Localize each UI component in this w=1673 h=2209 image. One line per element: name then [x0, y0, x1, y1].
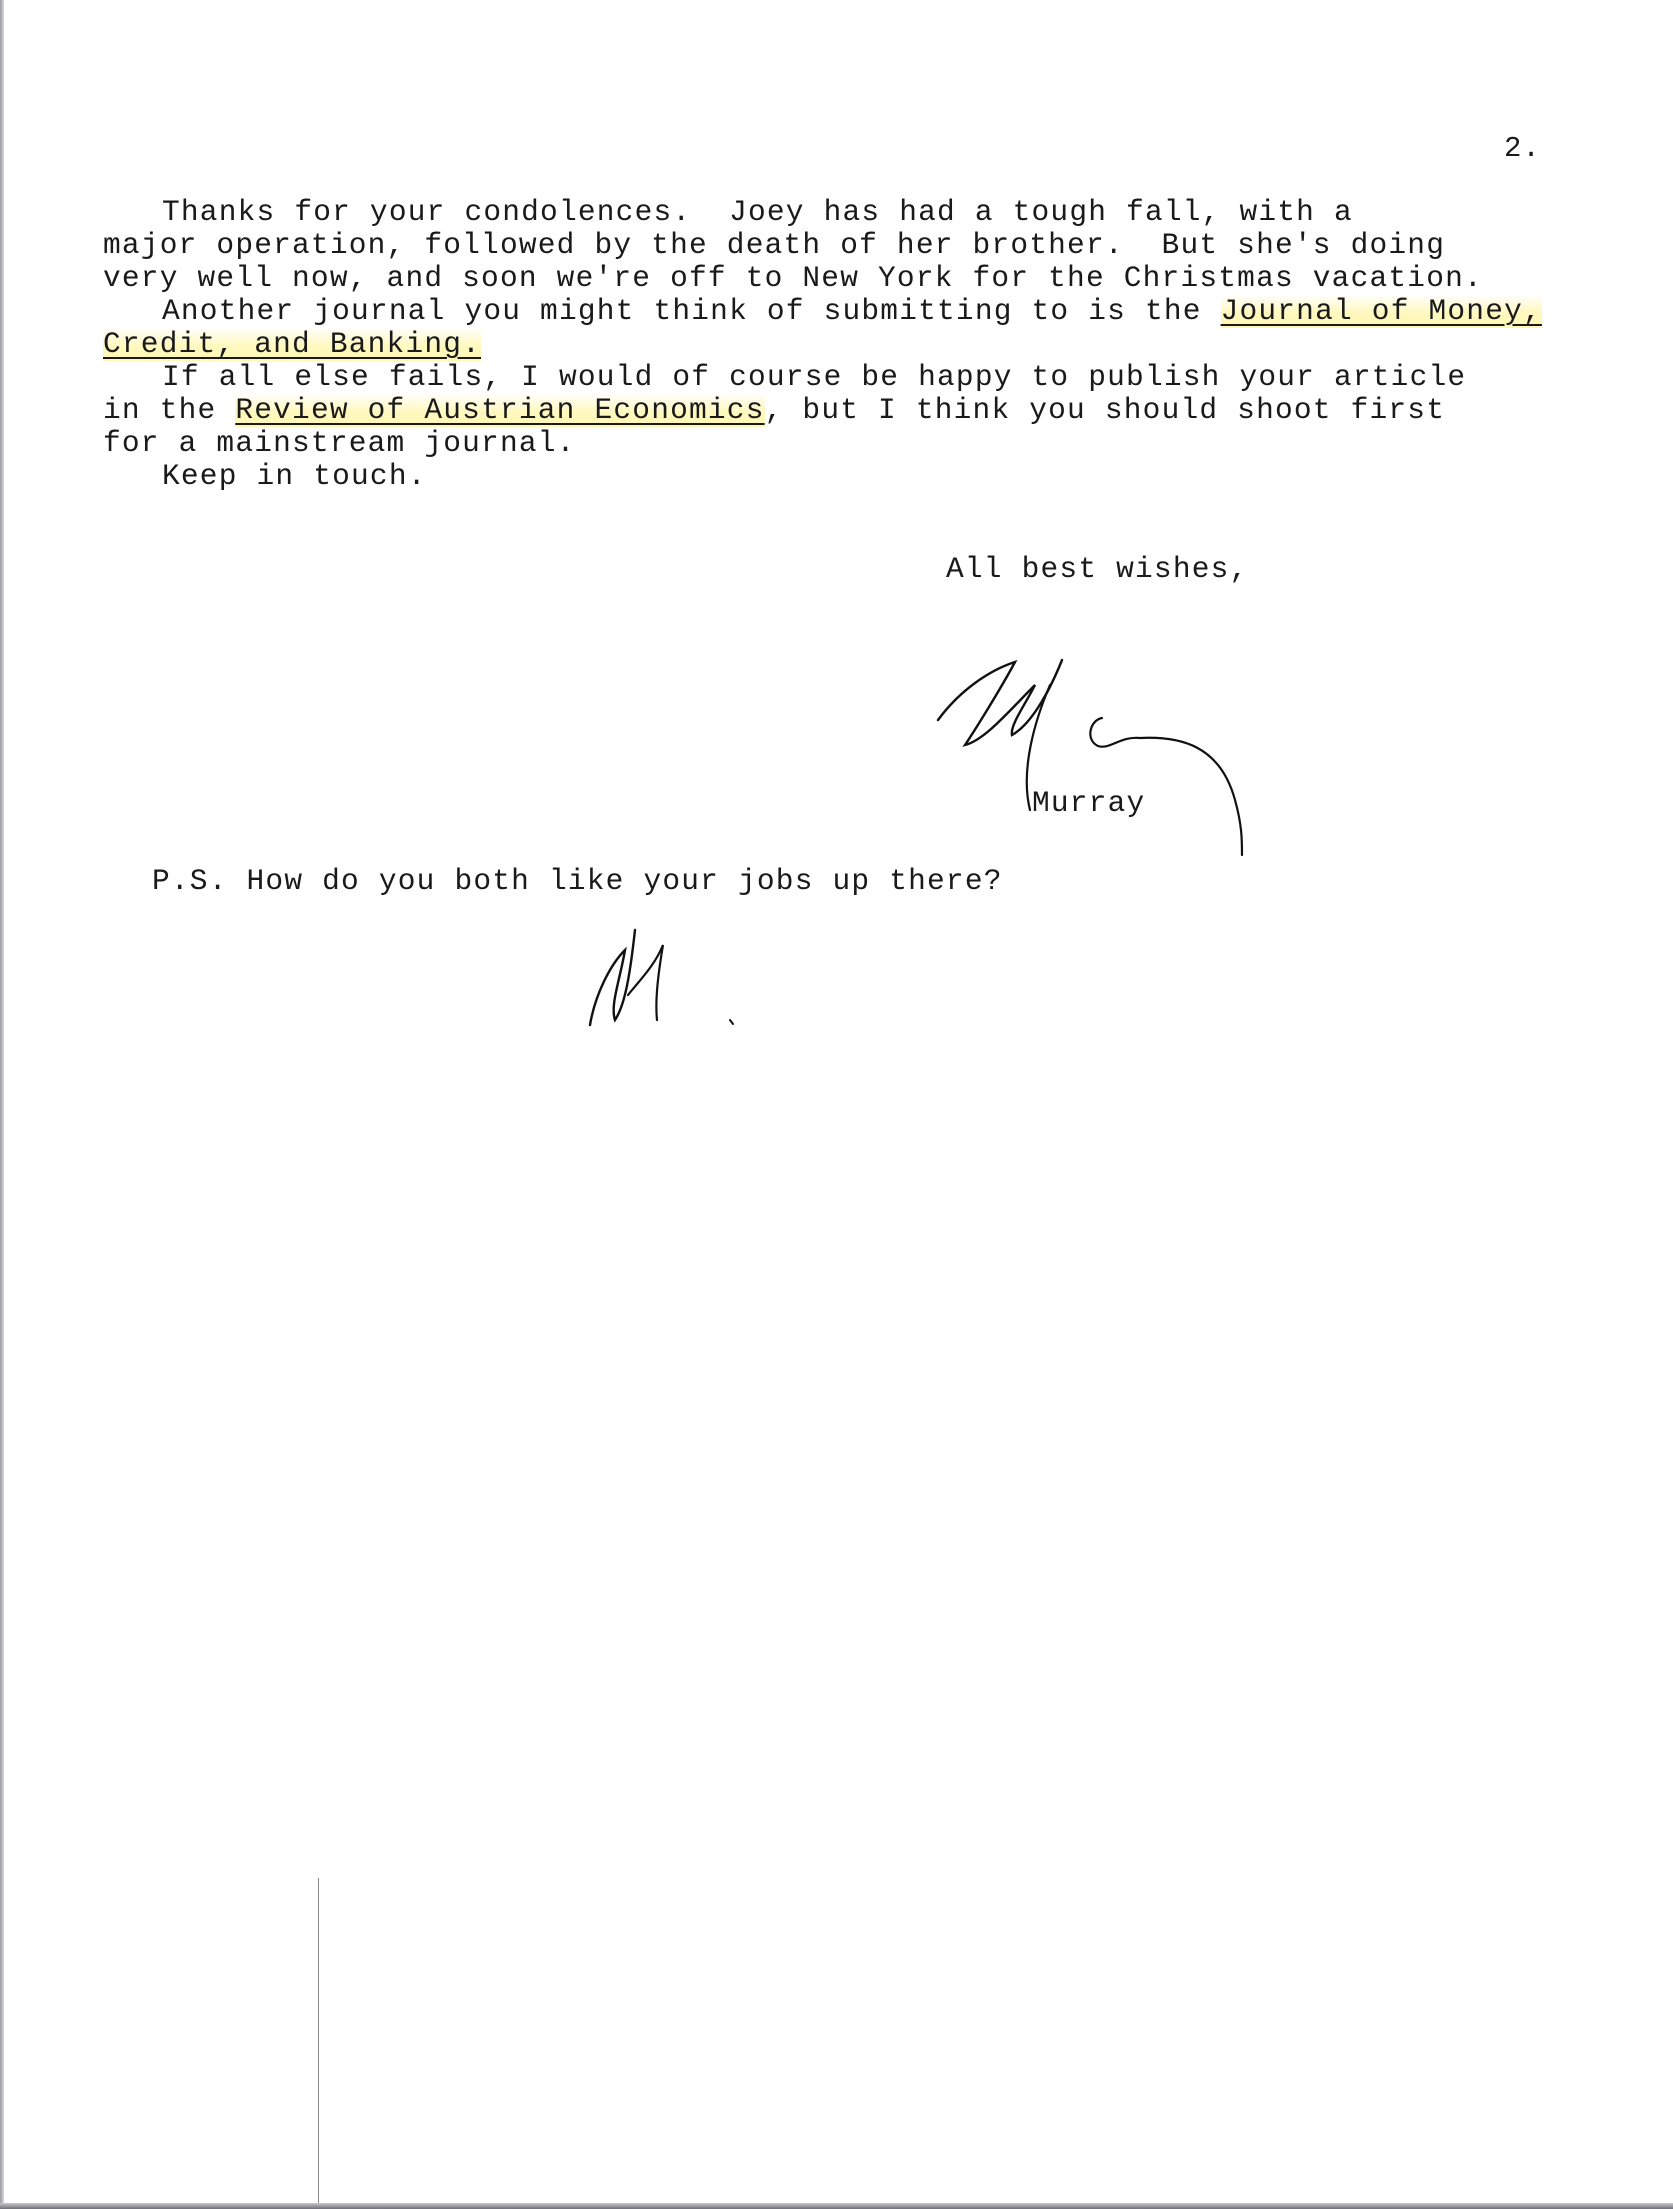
handwritten-initial-icon [580, 925, 740, 1035]
paper-crease-line [318, 1878, 319, 2203]
body-text-segment: Thanks for your condolences. Joey has ha… [162, 195, 1353, 229]
postscript: P.S. How do you both like your jobs up t… [152, 864, 1003, 898]
scan-edge-bottom [0, 2203, 1673, 2209]
body-line: for a mainstream journal. [103, 427, 1648, 460]
signatory-name: Murray [1032, 786, 1145, 820]
body-text-segment: for a mainstream journal. [103, 426, 576, 460]
body-line: Keep in touch. [103, 460, 1648, 493]
body-line: very well now, and soon we're off to New… [103, 262, 1648, 295]
letter-page: 2. Thanks for your condolences. Joey has… [0, 0, 1673, 2209]
body-line: in the Review of Austrian Economics, but… [103, 394, 1648, 427]
body-line: Credit, and Banking. [103, 328, 1648, 361]
body-text-segment: If all else fails, I would of course be … [162, 360, 1466, 394]
letter-body: Thanks for your condolences. Joey has ha… [148, 196, 1648, 493]
journal-title: Review of Austrian Economics [235, 393, 764, 427]
journal-title: Journal of Money, [1221, 294, 1542, 328]
body-text-segment: major operation, followed by the death o… [103, 228, 1445, 262]
body-text-segment: in the [103, 393, 235, 427]
scan-edge-left [0, 0, 4, 2209]
journal-title: Credit, and Banking. [103, 327, 481, 361]
handwritten-signature-icon [930, 650, 1260, 860]
body-text-segment: Keep in touch. [162, 459, 427, 493]
body-text-segment: Another journal you might think of submi… [162, 294, 1221, 328]
body-line: If all else fails, I would of course be … [103, 361, 1648, 394]
closing-salutation: All best wishes, [946, 552, 1248, 586]
body-line: major operation, followed by the death o… [103, 229, 1648, 262]
body-line: Thanks for your condolences. Joey has ha… [103, 196, 1648, 229]
page-number: 2. [1504, 132, 1541, 165]
body-text-segment: , but I think you should shoot first [765, 393, 1446, 427]
body-line: Another journal you might think of submi… [103, 295, 1648, 328]
body-text-segment: very well now, and soon we're off to New… [103, 261, 1483, 295]
